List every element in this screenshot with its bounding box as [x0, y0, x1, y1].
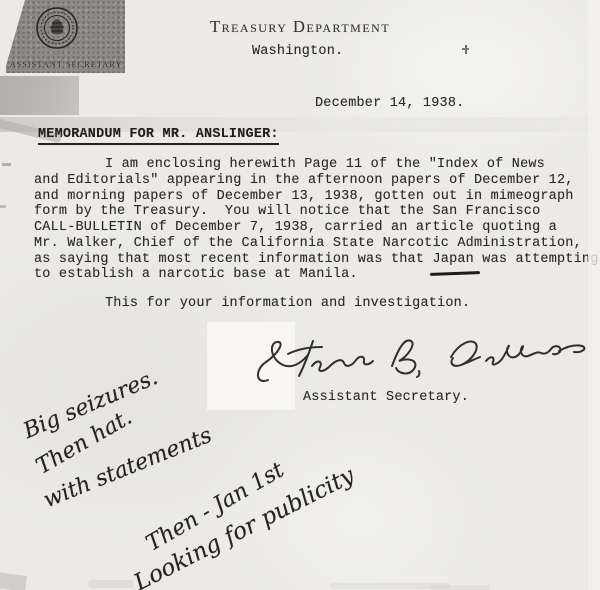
- body-line: I am enclosing herewith Page 11 of the "…: [34, 157, 599, 173]
- memo-body: I am enclosing herewith Page 11 of the "…: [34, 157, 599, 283]
- body-line: Mr. Walker, Chief of the California Stat…: [34, 236, 599, 252]
- document-page: ASSISTANT SECRETARY Treasury Department …: [0, 0, 600, 590]
- scan-edge-mark: [2, 163, 11, 166]
- body-line-text: was attempting: [474, 252, 599, 267]
- handwritten-note: with statements: [40, 423, 215, 513]
- scan-smudge: [88, 580, 134, 588]
- body-line: CALL-BULLETIN of December 7, 1938, carri…: [34, 220, 599, 236]
- scan-edge-strip: [588, 0, 600, 590]
- signer-title: Assistant Secretary.: [303, 390, 469, 405]
- memo-closing: This for your information and investigat…: [34, 296, 470, 311]
- treasury-seal-icon: [35, 6, 79, 50]
- scan-smudge-patch: [0, 76, 79, 115]
- body-line: as saying that most recent information w…: [34, 252, 599, 268]
- letterhead-department: Treasury Department: [210, 17, 390, 37]
- body-line-text: as saying that most recent information w…: [34, 252, 432, 267]
- assistant-secretary-stamp: ASSISTANT SECRETARY: [6, 0, 125, 73]
- body-line: and morning papers of December 13, 1938,…: [34, 189, 599, 205]
- body-line: and Editorials" appearing in the afterno…: [34, 173, 599, 189]
- scan-smudge: [430, 585, 490, 590]
- letterhead-city: Washington.: [252, 44, 343, 59]
- stamp-label: ASSISTANT SECRETARY: [10, 59, 122, 68]
- body-line: to establish a narcotic base at Manila.: [34, 267, 599, 283]
- underlined-word-japan: Japan: [432, 252, 474, 267]
- letter-date: December 14, 1938.: [315, 96, 464, 111]
- body-line: form by the Treasury. You will notice th…: [34, 204, 599, 220]
- scan-smudge: [0, 572, 27, 590]
- signature-name: Stephen B. Gibbons: [0, 0, 1, 1]
- scan-edge-mark: [0, 205, 6, 208]
- memo-heading: MEMORANDUM FOR MR. ANSLINGER:: [38, 127, 279, 145]
- signature-stephen-b-gibbons: [252, 330, 592, 388]
- stray-mark: [462, 48, 469, 50]
